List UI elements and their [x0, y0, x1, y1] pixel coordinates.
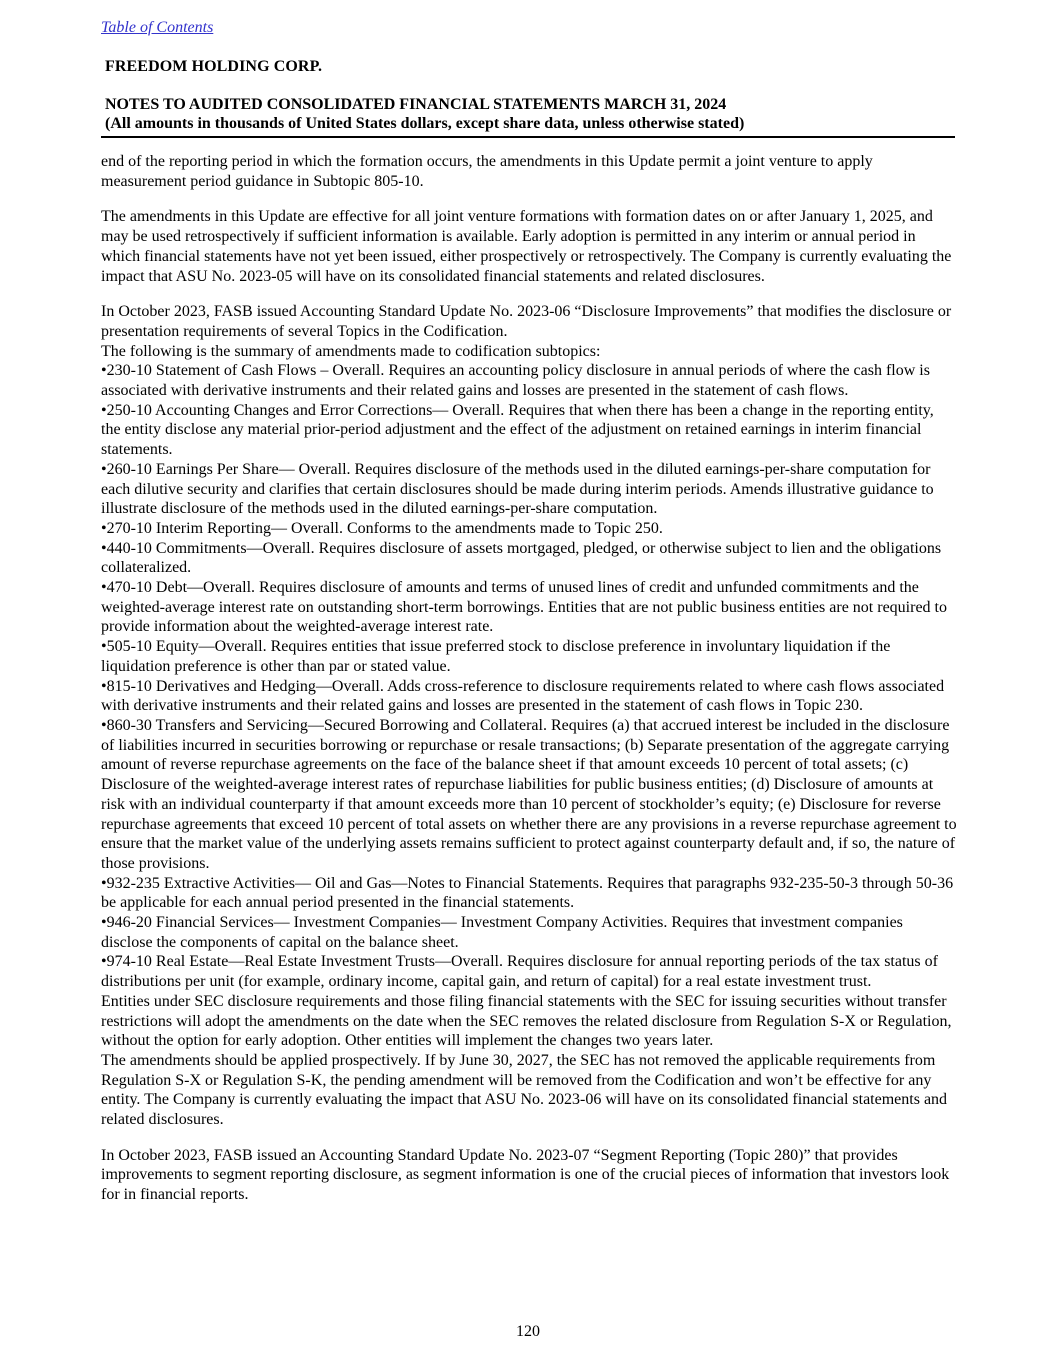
bullet-230-10: •230-10 Statement of Cash Flows – Overal…	[101, 361, 957, 400]
body-text: end of the reporting period in which the…	[101, 152, 957, 1205]
paragraph-effective-date: The amendments in this Update are effect…	[101, 207, 957, 286]
paragraph-summary-intro: The following is the summary of amendmen…	[101, 342, 957, 362]
page-number: 120	[101, 1323, 955, 1341]
notes-heading: NOTES TO AUDITED CONSOLIDATED FINANCIAL …	[105, 95, 744, 133]
table-of-contents-link[interactable]: Table of Contents	[101, 19, 213, 37]
paragraph-asu-2023-07-intro: In October 2023, FASB issued an Accounti…	[101, 1146, 957, 1205]
bullet-470-10: •470-10 Debt—Overall. Requires disclosur…	[101, 578, 957, 637]
bullet-815-10: •815-10 Derivatives and Hedging—Overall.…	[101, 677, 957, 716]
company-name: FREEDOM HOLDING CORP.	[105, 58, 322, 76]
bullet-270-10: •270-10 Interim Reporting— Overall. Conf…	[101, 519, 957, 539]
bullet-932-235: •932-235 Extractive Activities— Oil and …	[101, 874, 957, 913]
paragraph-sec-adoption: Entities under SEC disclosure requiremen…	[101, 992, 957, 1051]
paragraph-spacer	[101, 1130, 957, 1146]
paragraph-spacer	[101, 191, 957, 207]
bullet-860-30: •860-30 Transfers and Servicing—Secured …	[101, 716, 957, 874]
notes-title: NOTES TO AUDITED CONSOLIDATED FINANCIAL …	[105, 95, 744, 114]
bullet-946-20: •946-20 Financial Services— Investment C…	[101, 913, 957, 952]
bullet-974-10: •974-10 Real Estate—Real Estate Investme…	[101, 952, 957, 991]
bullet-505-10: •505-10 Equity—Overall. Requires entitie…	[101, 637, 957, 676]
notes-subtitle: (All amounts in thousands of United Stat…	[105, 114, 744, 133]
paragraph-asu-2023-06-intro: In October 2023, FASB issued Accounting …	[101, 302, 957, 341]
header-divider	[101, 136, 955, 138]
bullet-440-10: •440-10 Commitments—Overall. Requires di…	[101, 539, 957, 578]
bullet-250-10: •250-10 Accounting Changes and Error Cor…	[101, 401, 957, 460]
paragraph-spacer	[101, 286, 957, 302]
paragraph-joint-venture-continued: end of the reporting period in which the…	[101, 152, 957, 191]
bullet-260-10: •260-10 Earnings Per Share— Overall. Req…	[101, 460, 957, 519]
paragraph-prospective-application: The amendments should be applied prospec…	[101, 1051, 957, 1130]
